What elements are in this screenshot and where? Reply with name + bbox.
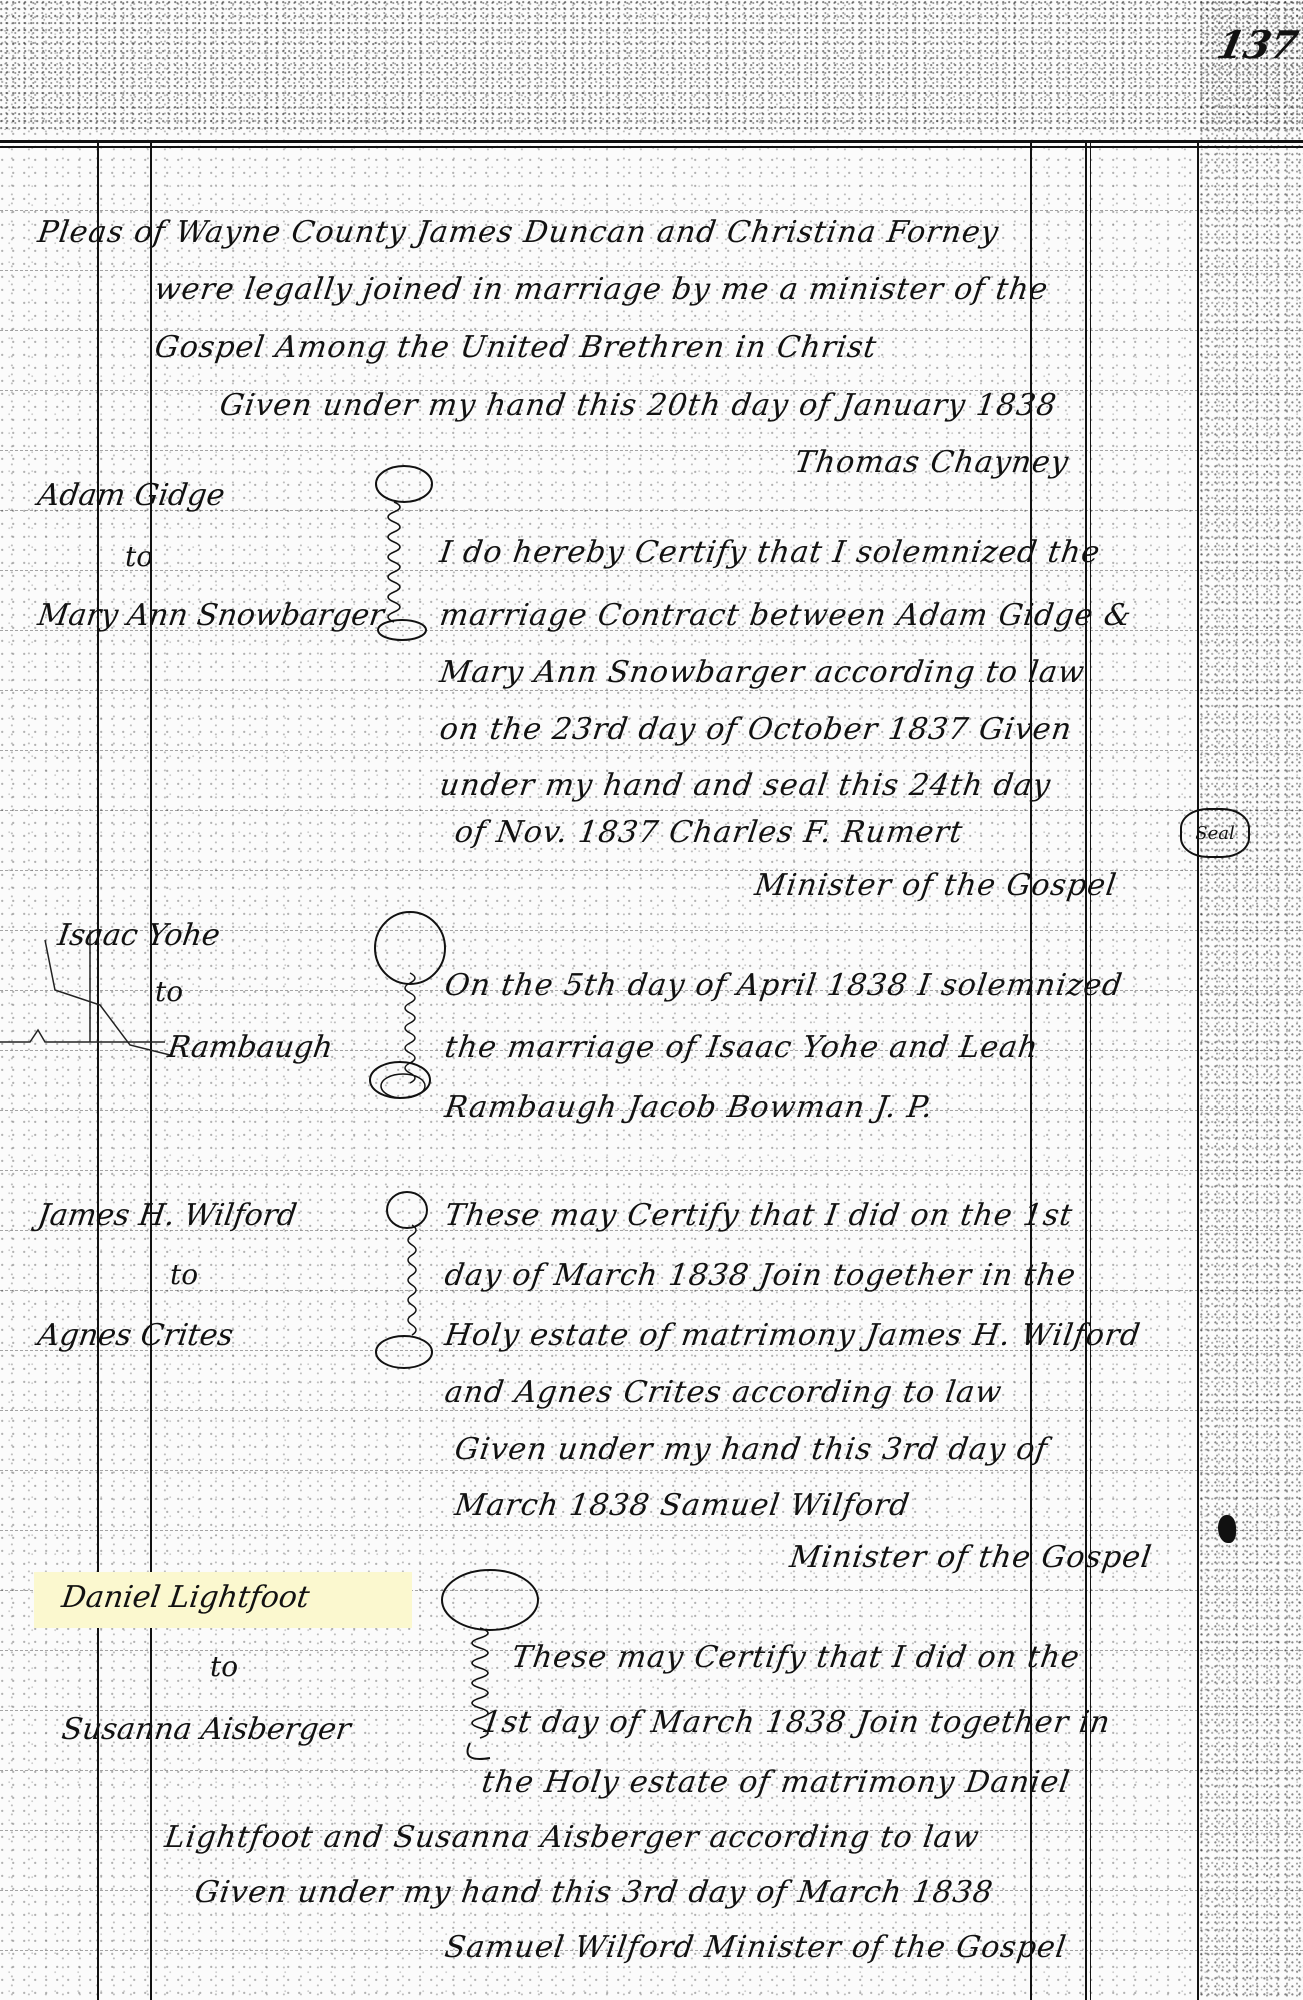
text-line: Gospel Among the United Brethren in Chri… (153, 330, 880, 365)
officiant-title: Minister of the Gospel (788, 1540, 1155, 1575)
text-line: Pleas of Wayne County James Duncan and C… (36, 215, 1002, 250)
text-line: Mary Ann Snowbarger according to law (438, 655, 1088, 690)
text-line: and Agnes Crites according to law (443, 1375, 1005, 1410)
officiant-signature: Samuel Wilford Minister of the Gospel (443, 1930, 1069, 1965)
bride-name: Rambaugh (166, 1030, 335, 1065)
bride-name: Susanna Aisberger (60, 1712, 353, 1747)
text-line: Holy estate of matrimony James H. Wilfor… (443, 1318, 1143, 1353)
text-line: on the 23rd day of October 1837 Given (438, 712, 1075, 747)
text-line: under my hand and seal this 24th day (438, 768, 1054, 803)
officiant-signature: Thomas Chayney (793, 445, 1072, 480)
connector-to: to (170, 1258, 198, 1291)
text-line: 1st day of March 1838 Join together in (480, 1705, 1113, 1740)
text-line: Given under my hand this 3rd day of (453, 1432, 1051, 1467)
connector-to: to (155, 975, 183, 1008)
text-line: I do hereby Certify that I solemnized th… (438, 535, 1103, 570)
text-line: March 1838 Samuel Wilford (453, 1488, 913, 1523)
page-number: 137 (1213, 22, 1302, 67)
groom-name: Adam Gidge (36, 478, 227, 513)
connector-to: to (125, 540, 153, 573)
text-line: These may Certify that I did on the 1st (443, 1198, 1076, 1233)
groom-name: James H. Wilford (36, 1198, 299, 1233)
officiant-title: Minister of the Gospel (753, 868, 1120, 903)
header-double-rule-top (0, 140, 1303, 143)
text-line: Lightfoot and Susanna Aisberger accordin… (163, 1820, 982, 1855)
text-line: the marriage of Isaac Yohe and Leah (443, 1030, 1041, 1065)
text-line: Given under my hand this 20th day of Jan… (218, 388, 1060, 423)
text-line: marriage Contract between Adam Gidge & (438, 598, 1135, 633)
text-line: were legally joined in marriage by me a … (153, 272, 1051, 307)
bride-name: Mary Ann Snowbarger (36, 598, 387, 633)
text-line: On the 5th day of April 1838 I solemnize… (443, 968, 1125, 1003)
text-line: of Nov. 1837 Charles F. Rumert (453, 815, 966, 850)
paper-noise-top (0, 0, 1303, 130)
flourish-brace-icon (372, 462, 442, 647)
text-line: Rambaugh Jacob Bowman J. P. (443, 1090, 936, 1125)
header-double-rule-bottom (0, 146, 1303, 148)
text-line: day of March 1838 Join together in the (443, 1258, 1079, 1293)
ink-blot (1218, 1515, 1236, 1543)
flourish-brace-icon (372, 1190, 442, 1375)
flourish-brace-icon (355, 908, 450, 1108)
bride-name: Agnes Crites (36, 1318, 236, 1353)
text-line: the Holy estate of matrimony Daniel (480, 1765, 1073, 1800)
groom-name-highlighted: Daniel Lightfoot (60, 1580, 312, 1615)
groom-name: Isaac Yohe (56, 918, 223, 953)
text-line: Given under my hand this 3rd day of Marc… (193, 1875, 996, 1910)
text-line: These may Certify that I did on the (510, 1640, 1083, 1675)
connector-to: to (210, 1650, 238, 1683)
seal-mark: Seal (1180, 808, 1250, 858)
paper-noise-right-margin (1200, 0, 1303, 2000)
